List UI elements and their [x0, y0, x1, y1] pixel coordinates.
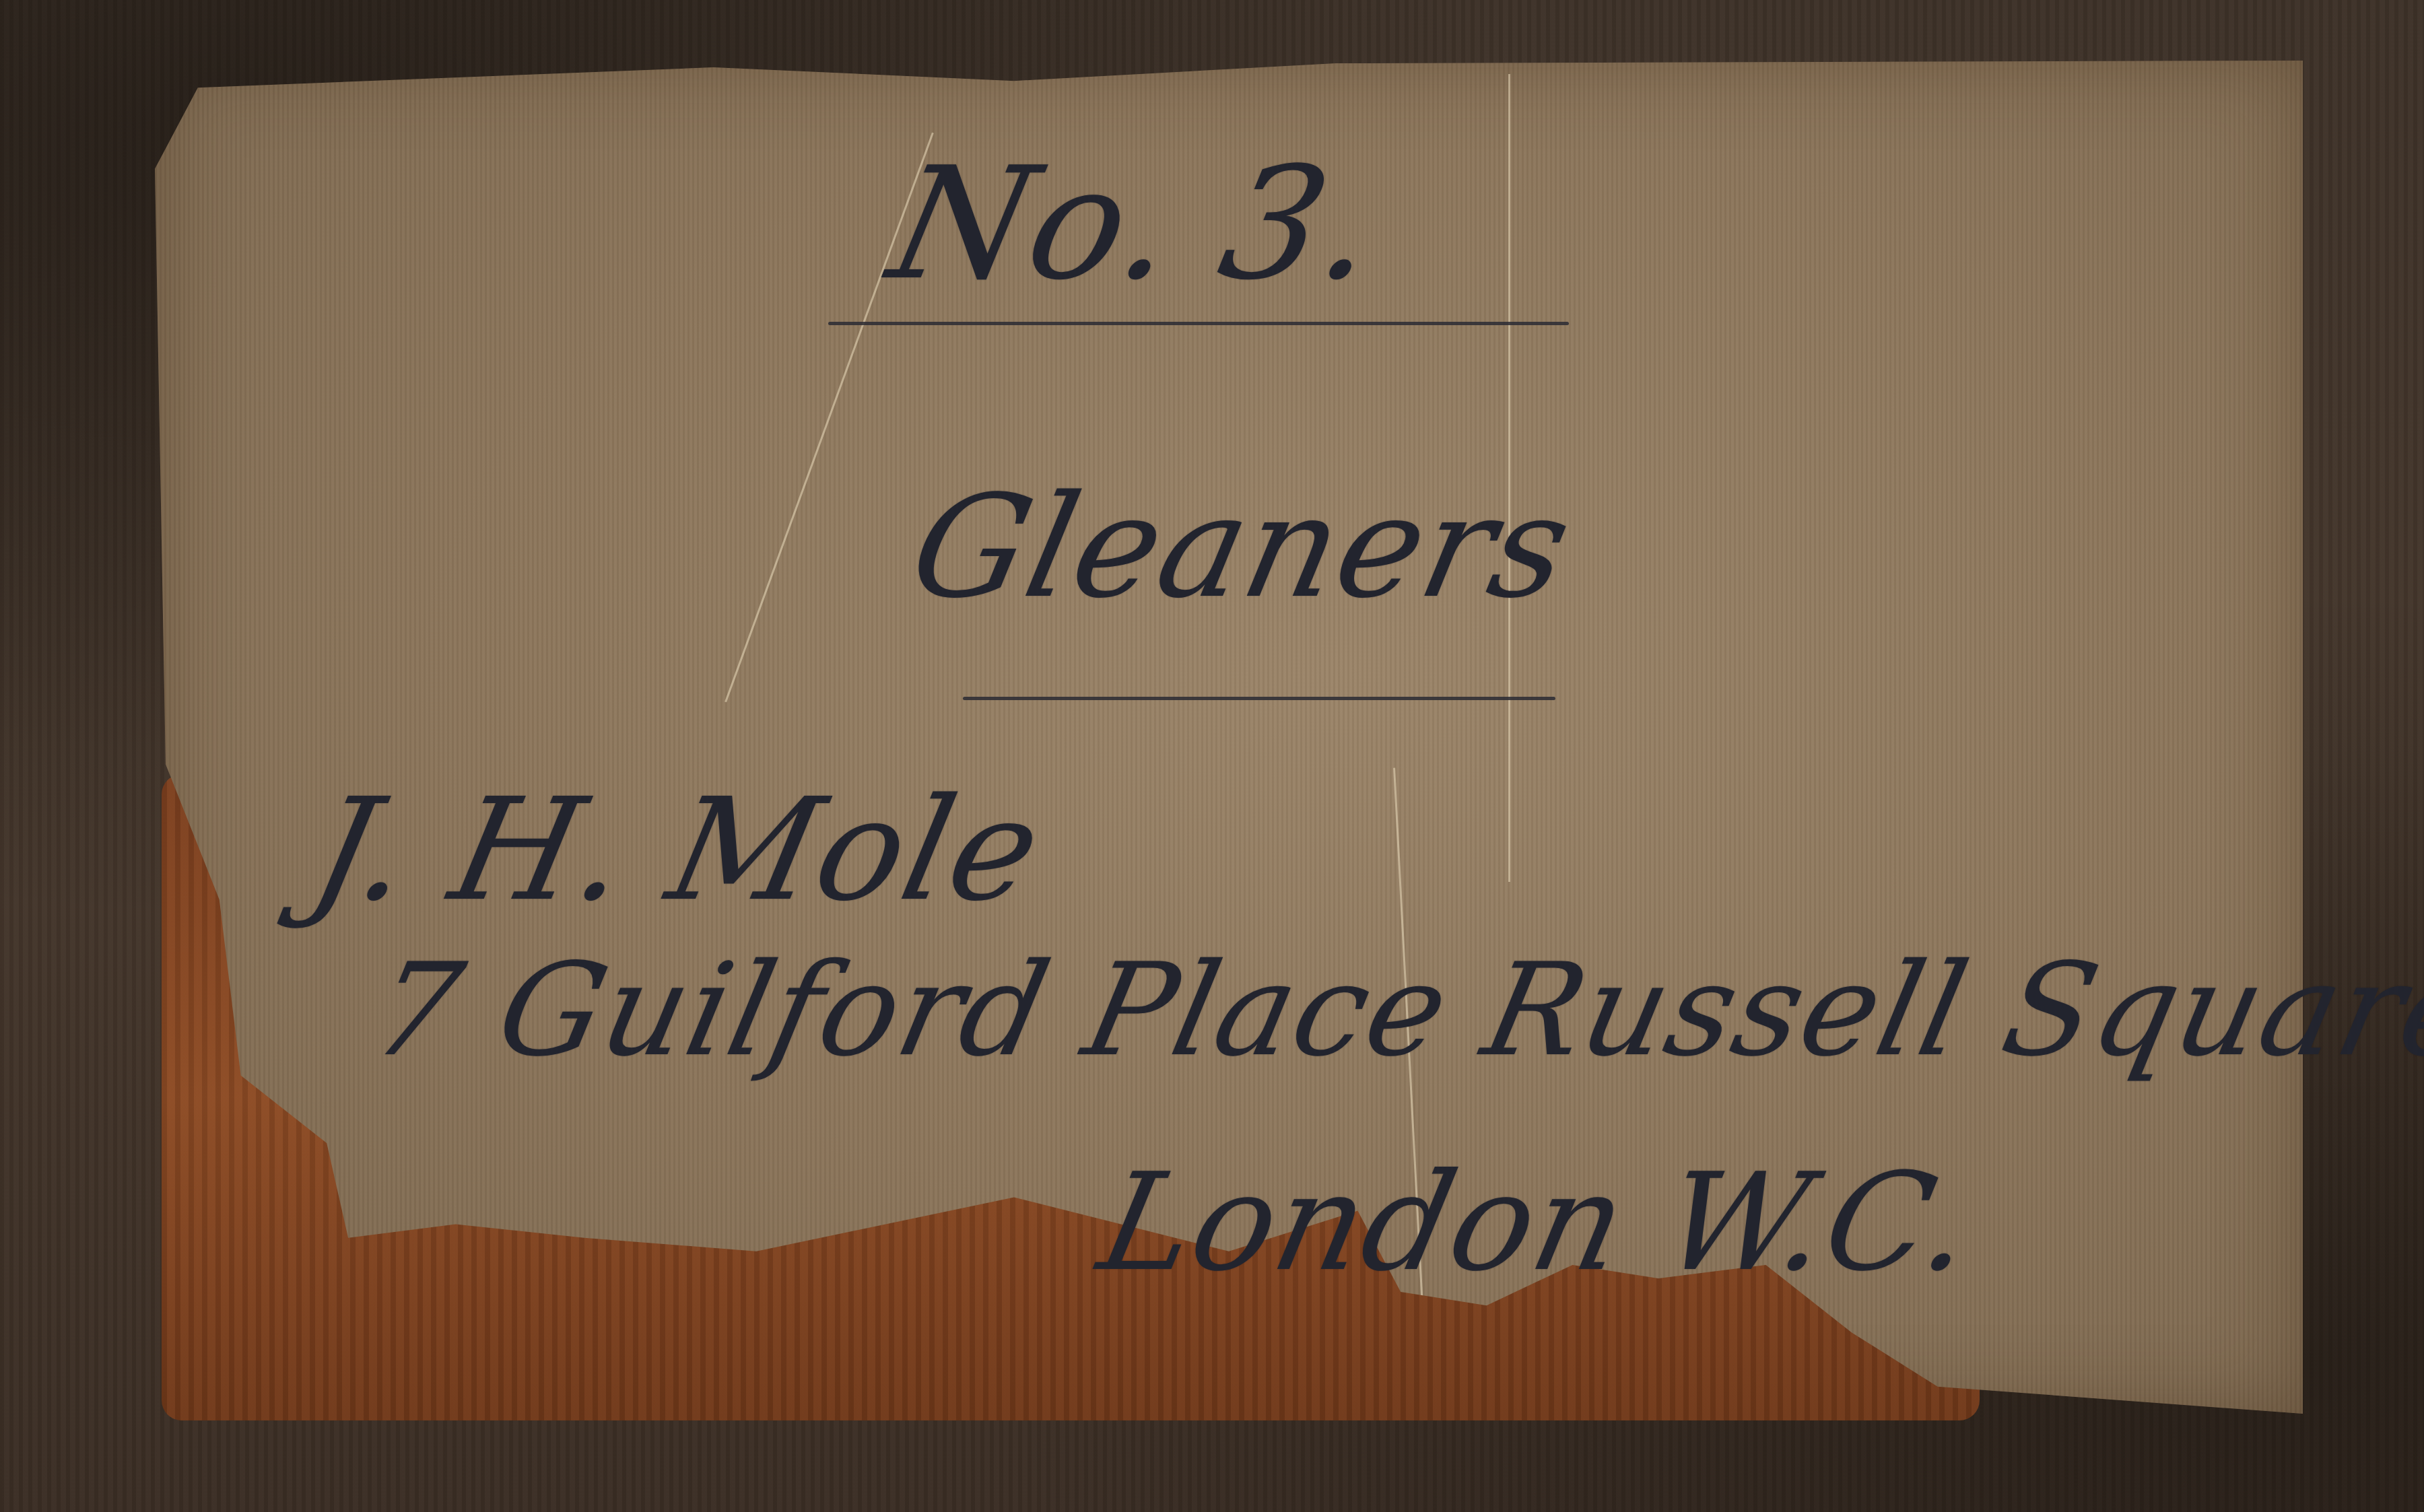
painting-title: Gleaners: [898, 465, 1585, 629]
underline-rule: [963, 697, 1555, 700]
artist-name: J. H. Mole: [299, 767, 1055, 932]
underline-rule: [828, 322, 1569, 325]
artist-city: London W.C.: [1087, 1144, 1988, 1301]
label-number: No. 3.: [877, 135, 1395, 314]
artist-address: 7 Guilford Place Russell Square: [362, 936, 2424, 1085]
